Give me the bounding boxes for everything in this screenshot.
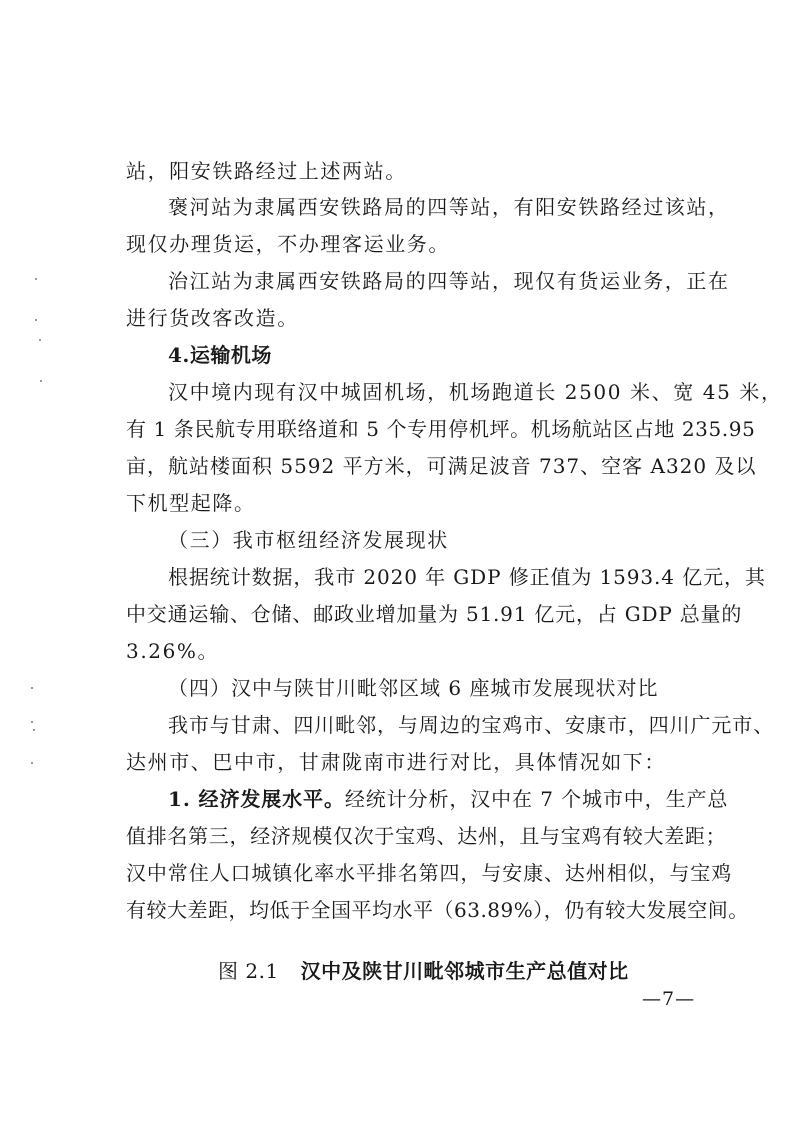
paragraph-line: 汉中常住人口城镇化率水平排名第四，与安康、达州相似，与宝鸡 [126,860,698,886]
paragraph-line: 3.26%。 [126,638,698,664]
section-heading-city-comparison: （四）汉中与陕甘川毗邻区域 6 座城市发展现状对比 [168,675,698,701]
paragraph-line: 有 1 条民航专用联络道和 5 个专用停机坪。机场航站区占地 235.95 [126,416,698,442]
paragraph-line: 进行货改客改造。 [126,305,698,331]
paragraph-line: 根据统计数据，我市 2020 年 GDP 修正值为 1593.4 亿元，其 [168,564,698,590]
paragraph-line: 达州市、巴中市，甘肃陇南市进行对比，具体情况如下： [126,749,698,775]
paragraph-line: 值排名第三，经济规模仅次于宝鸡、达州，且与宝鸡有较大差距； [126,823,698,849]
figure-number: 图 2.1 [218,959,279,983]
paragraph-line: 我市与甘肃、四川毗邻，与周边的宝鸡市、安康市，四川广元市、 [168,712,698,738]
paragraph-line: 治江站为隶属西安铁路局的四等站，现仅有货运业务，正在 [168,268,698,294]
page-number: —7— [642,988,695,1010]
paragraph-line: 下机型起降。 [126,490,698,516]
paragraph-line: 亩，航站楼面积 5592 平方米，可满足波音 737、空客 A320 及以 [126,453,698,479]
scan-speck [31,687,33,689]
paragraph-line: 有较大差距，均低于全国平均水平（63.89%），仍有较大发展空间。 [126,897,698,923]
scan-speck [35,319,37,321]
figure-caption: 图 2.1汉中及陕甘川毗邻城市生产总值对比 [218,955,629,984]
scan-speck [35,278,37,280]
section-heading-hub-economy: （三）我市枢纽经济发展现状 [168,527,698,553]
econ-level-lead: 1. 经济发展水平。 [168,787,345,811]
scan-speck [39,339,41,341]
scan-speck [31,721,33,723]
scan-speck [31,762,33,764]
paragraph-line: 站，阳安铁路经过上述两站。 [126,158,698,184]
paragraph-line-econ-level: 1. 经济发展水平。经统计分析，汉中在 7 个城市中，生产总 [168,786,698,812]
figure-title: 汉中及陕甘川毗邻城市生产总值对比 [301,959,629,983]
paragraph-line: 褒河站为隶属西安铁路局的四等站，有阳安铁路经过该站， [168,194,698,220]
paragraph-line: 中交通运输、仓储、邮政业增加量为 51.91 亿元，占 GDP 总量的 [126,601,698,627]
scan-speck [33,729,35,731]
paragraph-line: 汉中境内现有汉中城固机场，机场跑道长 2500 米、宽 45 米， [168,379,698,405]
scan-speck [40,380,42,382]
section-heading-airport: 4.运输机场 [168,342,698,368]
econ-level-text: 经统计分析，汉中在 7 个城市中，生产总 [345,787,728,811]
paragraph-line: 现仅办理货运，不办理客运业务。 [126,231,698,257]
